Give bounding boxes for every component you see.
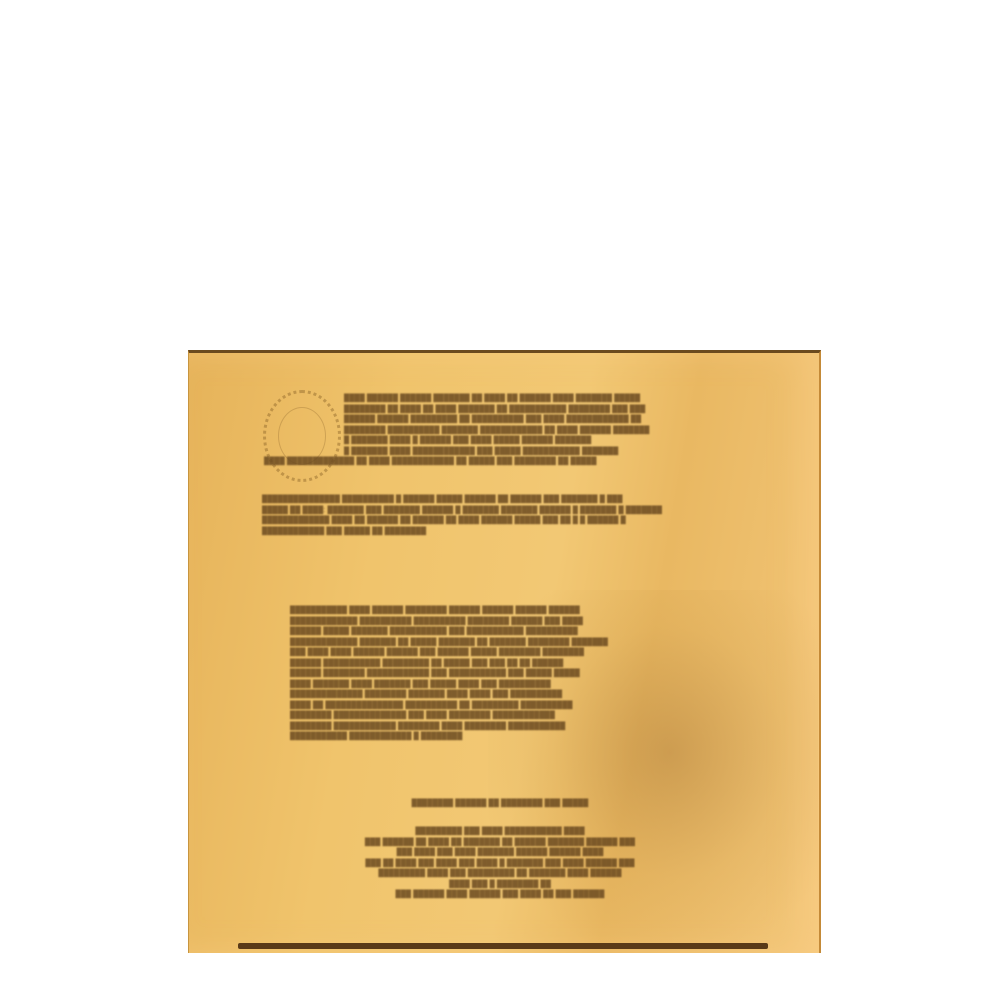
text-line: ████████████ ███ █████ ██ ████████ (262, 526, 716, 537)
text-line: ████████ ██ ████ ██ ████ ███████ ██ ████… (344, 404, 716, 415)
text-line: ███████████ ████ ██████ ████████ ██████ … (290, 605, 715, 616)
text-line: █████████████ ████ ██ ██████ ██ ██████ █… (262, 515, 716, 526)
text-line: ████████ ████████████ ████████ ████ ████… (290, 721, 715, 732)
text-line: ██████ ███████████ █████████ ██ █████ ██… (290, 658, 715, 669)
text-line: █ ███████ ████ █ ██████ ███ ████ █████ █… (344, 435, 716, 446)
text-line: ███ ████ ███ ████ ███████ ██████ ██████ … (260, 847, 740, 858)
text-line: ████ ██████ ██████ ███████ ██ ████ ██ ██… (344, 393, 716, 404)
text-line: █████████ ████ ███ █████████ ██ ███████ … (260, 868, 740, 879)
text-line: █████████████ ███████ ██ █████ ███████ █… (290, 637, 715, 648)
text-line: ████ ██ ███████████████ ██████████ ██ ██… (290, 700, 715, 711)
text-line: █ ███████ ████ ████████████ ███ █████ ██… (344, 446, 716, 457)
text-line: ███ ████ ████ ██████ ██████ ███ ██████ █… (290, 647, 715, 658)
text-line: ███ ██████ ████ ██████ ███ ████ ██ ███ █… (260, 889, 740, 900)
box-bottom-edge (238, 943, 768, 949)
manufacturer-text: █████████ ███ ████ ███████████ ████ ███ … (260, 826, 740, 900)
text-line: ██████████████ ████████ ███████ ████ ███… (290, 689, 715, 700)
text-line: ████████ ██████████████ ███ ████ ███████… (290, 710, 715, 721)
text-line: ███ ██████ ██ ████ ██ ███████ ██ ██████ … (260, 837, 740, 848)
text-line: ████████ ██████ ██ ████████ ███ █████ (280, 798, 720, 809)
text-line: ███████████████ ██████████ █ ██████ ████… (262, 494, 716, 505)
text-line: █████████ ███ ████ ███████████ ████ (260, 826, 740, 837)
text-line: █████ ██ ████: ███████ ███ ███████ █████… (262, 505, 716, 516)
text-line: ████████ ██████████ ███████ ████████████… (344, 425, 716, 436)
text-line: ██████ ████████ ████████████ ███ ███████… (290, 668, 715, 679)
description-text: ████ ██████ ██████ ███████ ██ ████ ██ ██… (344, 393, 716, 467)
ingredients-text: ███████████ ████ ██████ ████████ ██████ … (290, 605, 715, 742)
text-line: █████████████ ██████████ ██████████ ████… (290, 616, 715, 627)
text-line: ████ █████████████ ██ ████ ████████████ … (264, 456, 716, 467)
text-line: ███ ██ ████ ███ ████ ███ ████ █ ███████ … (260, 858, 740, 869)
usage-text: ███████████████ ██████████ █ ██████ ████… (262, 494, 716, 536)
text-line: ███████████ ████████████ █ ████████ (290, 731, 715, 742)
warning-text: ████████ ██████ ██ ████████ ███ █████ (280, 798, 720, 809)
text-line: ████ ███████ ████ ███████ ███ █████ ████… (290, 679, 715, 690)
text-line: ████ ███ █ ████████ ██ (260, 879, 740, 890)
circular-seal-icon (263, 390, 341, 482)
text-line: ██████ ██████ █████████ ██ ██████████ ██… (344, 414, 716, 425)
text-line: ██████ █████ ███████ ███████████ ███ ███… (290, 626, 715, 637)
